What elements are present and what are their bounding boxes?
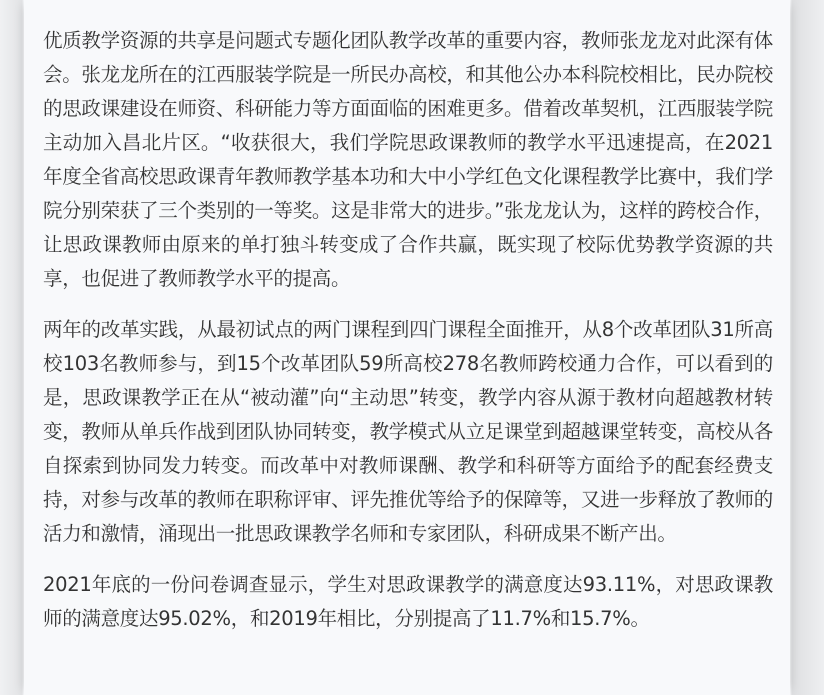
article-body: 优质教学资源的共享是问题式专题化团队教学改革的重要内容，教师张龙龙对此深有体会。… [43,24,773,653]
paragraph-resource-sharing: 优质教学资源的共享是问题式专题化团队教学改革的重要内容，教师张龙龙对此深有体会。… [43,24,773,296]
page-background: 优质教学资源的共享是问题式专题化团队教学改革的重要内容，教师张龙龙对此深有体会。… [0,0,824,695]
paragraph-survey-results: 2021年底的一份问卷调查显示，学生对思政课教学的满意度达93.11%，对思政课… [43,568,773,636]
article-container: 优质教学资源的共享是问题式专题化团队教学改革的重要内容，教师张龙龙对此深有体会。… [24,0,790,695]
paragraph-reform-practice: 两年的改革实践，从最初试点的两门课程到四门课程全面推开，从8个改革团队31所高校… [43,313,773,551]
